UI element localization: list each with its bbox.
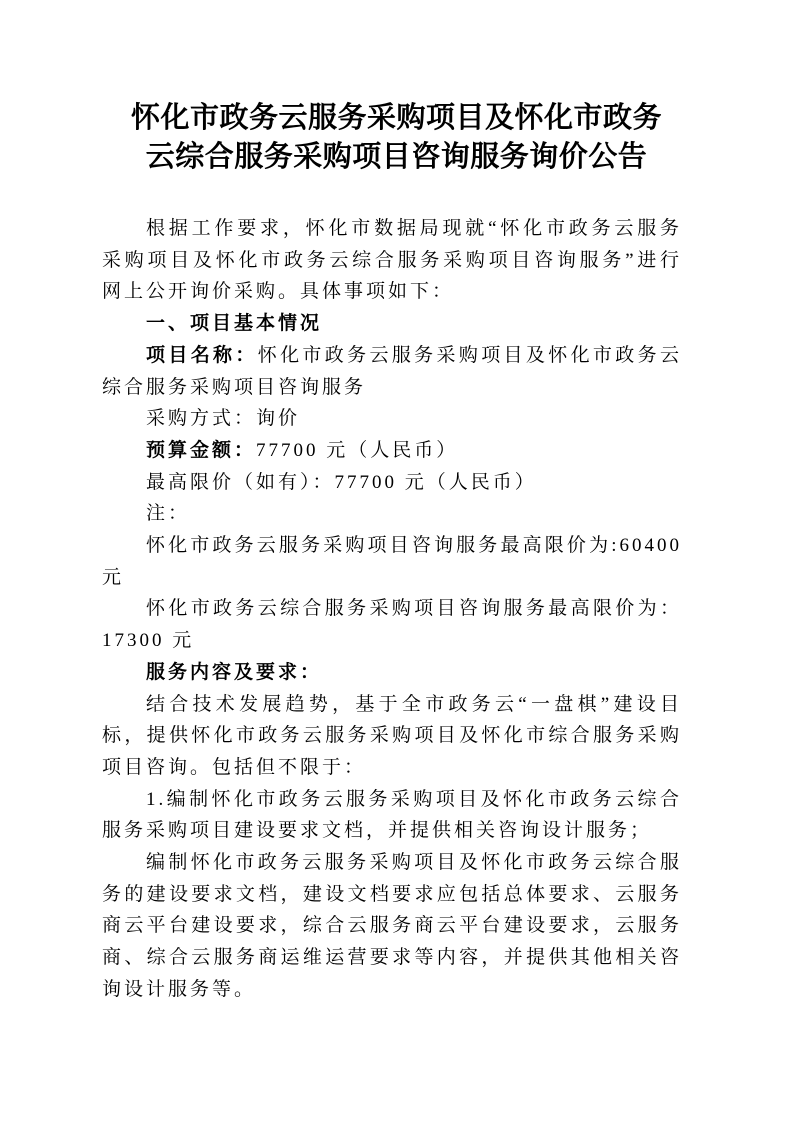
section-heading-basic-info: 一、项目基本情况 [102, 308, 682, 340]
paragraph-note-cloud-service-limit: 怀化市政务云服务采购项目咨询服务最高限价为:60400 元 [102, 530, 682, 593]
budget-value: 77700 元（人民币） [256, 440, 458, 461]
document-body: 根据工作要求，怀化市数据局现就“怀化市政务云服务采购项目及怀化市政务云综合服务采… [102, 213, 682, 1006]
paragraph-budget: 预算金额：77700 元（人民币） [102, 435, 682, 467]
document-title: 怀化市政务云服务采购项目及怀化市政务 云综合服务采购项目咨询服务询价公告 [0, 0, 793, 177]
paragraph-note-comprehensive-service-limit: 怀化市政务云综合服务采购项目咨询服务最高限价为：17300 元 [102, 593, 682, 656]
budget-label: 预算金额： [146, 440, 256, 461]
section-heading-service-content: 服务内容及要求： [102, 657, 682, 689]
title-line-1: 怀化市政务云服务采购项目及怀化市政务 [0, 99, 793, 138]
paragraph-service-intro: 结合技术发展趋势，基于全市政务云“一盘棋”建设目标，提供怀化市政务云服务采购项目… [102, 689, 682, 784]
document-page: 怀化市政务云服务采购项目及怀化市政务 云综合服务采购项目咨询服务询价公告 根据工… [0, 0, 793, 1122]
project-name-label: 项目名称： [146, 345, 258, 366]
paragraph-max-price: 最高限价（如有）：77700 元（人民币） [102, 467, 682, 499]
paragraph-service-item-2: 编制怀化市政务云服务采购项目及怀化市政务云综合服务的建设要求文档，建设文档要求应… [102, 847, 682, 1006]
paragraph-service-item-1: 1.编制怀化市政务云服务采购项目及怀化市政务云综合服务采购项目建设要求文档，并提… [102, 784, 682, 847]
title-line-2: 云综合服务采购项目咨询服务询价公告 [0, 138, 793, 177]
paragraph-note-label: 注： [102, 498, 682, 530]
paragraph-intro: 根据工作要求，怀化市数据局现就“怀化市政务云服务采购项目及怀化市政务云综合服务采… [102, 213, 682, 308]
paragraph-procurement-method: 采购方式：询价 [102, 403, 682, 435]
paragraph-project-name: 项目名称：怀化市政务云服务采购项目及怀化市政务云综合服务采购项目咨询服务 [102, 340, 682, 403]
